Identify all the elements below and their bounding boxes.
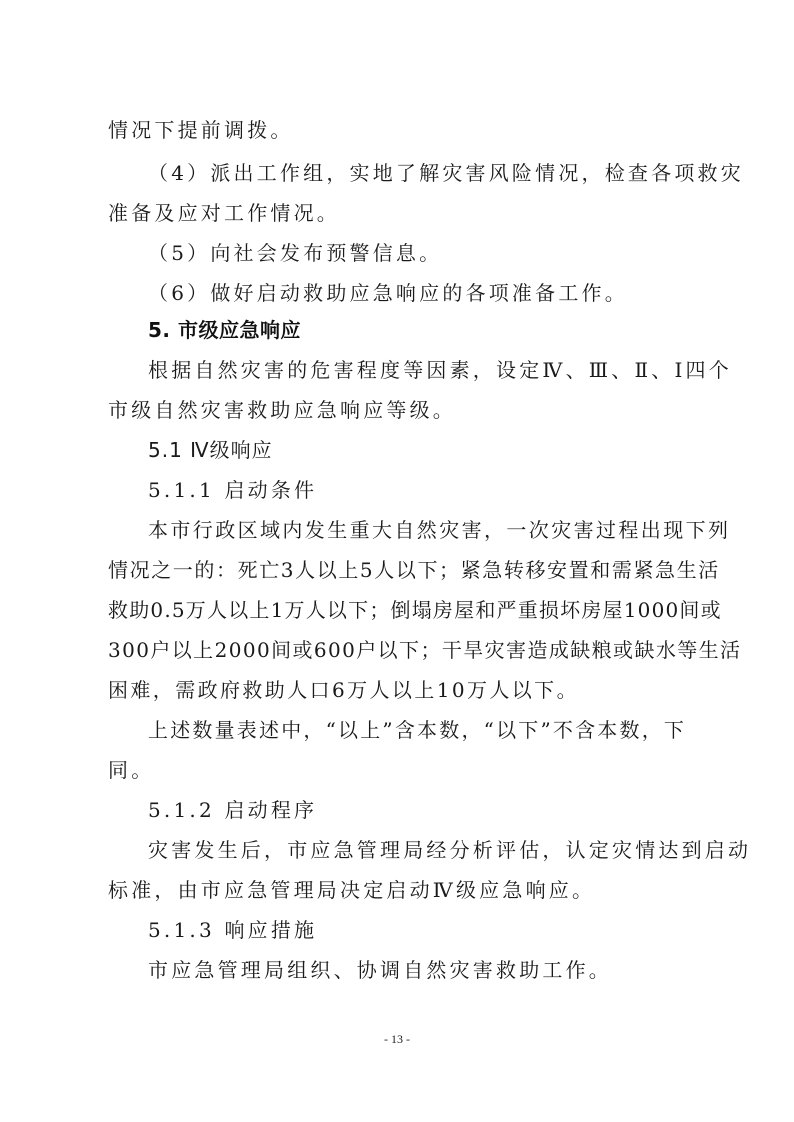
section-heading-5-1-2: 5.1.2 启动程序 xyxy=(148,796,736,824)
list-item-4-continued: 准备及应对工作情况。 xyxy=(108,199,696,227)
document-page: 情况下提前调拨。 （4）派出工作组，实地了解灾害风险情况，检查各项救灾 准备及应… xyxy=(0,0,794,1122)
note-line: 同。 xyxy=(108,756,696,784)
paragraph-line: 情况下提前调拨。 xyxy=(108,116,696,144)
list-item-4: （4）派出工作组，实地了解灾害风险情况，检查各项救灾 xyxy=(148,159,736,187)
conditions-line: 救助0.5万人以上1万人以下；倒塌房屋和严重损坏房屋1000间或 xyxy=(108,596,696,624)
conditions-line: 情况之一的：死亡3人以上5人以下；紧急转移安置和需紧急生活 xyxy=(108,556,696,584)
section-5-paragraph-line: 市级自然灾害救助应急响应等级。 xyxy=(108,396,696,424)
section-heading-5: 5. 市级应急响应 xyxy=(148,316,736,344)
section-heading-5-1-1: 5.1.1 启动条件 xyxy=(148,476,736,504)
conditions-line: 困难，需政府救助人口6万人以上10万人以下。 xyxy=(108,676,696,704)
section-heading-5-1: 5.1 Ⅳ级响应 xyxy=(148,436,736,464)
section-heading-5-1-3: 5.1.3 响应措施 xyxy=(148,916,736,944)
conditions-line: 300户以上2000间或600户以下；干旱灾害造成缺粮或缺水等生活 xyxy=(108,636,696,664)
conditions-line: 本市行政区域内发生重大自然灾害，一次灾害过程出现下列 xyxy=(148,516,736,544)
procedure-line: 灾害发生后，市应急管理局经分析评估，认定灾情达到启动 xyxy=(148,836,736,864)
measures-line: 市应急管理局组织、协调自然灾害救助工作。 xyxy=(148,956,736,984)
note-line: 上述数量表述中，“以上”含本数，“以下”不含本数，下 xyxy=(148,716,736,744)
procedure-line: 标准，由市应急管理局决定启动Ⅳ级应急响应。 xyxy=(108,876,696,904)
page-number: - 13 - xyxy=(0,1032,794,1047)
list-item-5: （5）向社会发布预警信息。 xyxy=(148,239,736,267)
list-item-6: （6）做好启动救助应急响应的各项准备工作。 xyxy=(148,279,736,307)
section-5-paragraph-line: 根据自然灾害的危害程度等因素，设定Ⅳ、Ⅲ、Ⅱ、Ⅰ四个 xyxy=(148,356,736,384)
